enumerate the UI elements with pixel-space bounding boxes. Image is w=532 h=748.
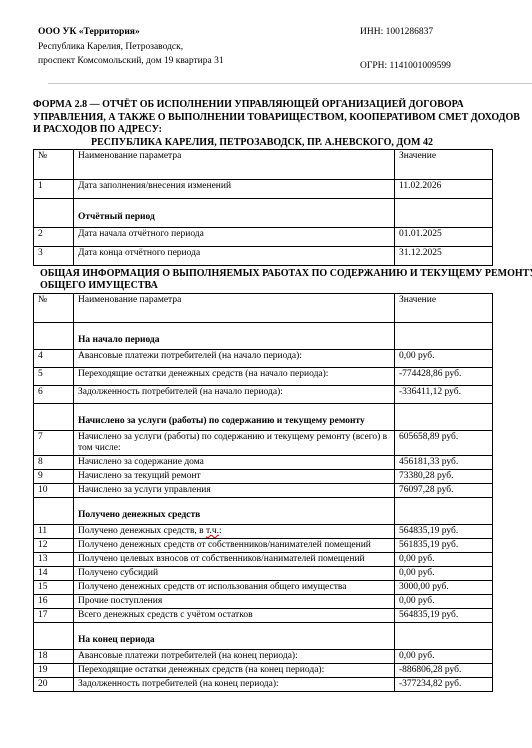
row-number-cell: 13 — [34, 553, 74, 567]
parameter-cell: Задолженность потребителей (на конец пер… — [74, 678, 395, 692]
section-title: ОБЩАЯ ИНФОРМАЦИЯ О ВЫПОЛНЯЕМЫХ РАБОТАХ П… — [40, 268, 502, 292]
parameter-text: Получено денежных средств, в — [78, 526, 206, 536]
value-cell: -774428,86 руб. — [395, 368, 493, 386]
parameter-cell: Отчётный период — [74, 199, 395, 228]
parameter-cell: Задолженность потребителей (на начало пе… — [74, 386, 395, 404]
form-title-text: ФОРМА 2.8 — ОТЧЁТ ОБ ИСПОЛНЕНИИ УПРАВЛЯЮ… — [33, 99, 511, 137]
letterhead: ООО УК «Территория» Республика Карелия, … — [0, 0, 532, 73]
table-row: 4Авансовые платежи потребителей (на нача… — [34, 350, 493, 368]
row-number-cell: 1 — [34, 180, 74, 199]
parameter-cell: Дата конца отчётного периода — [74, 247, 395, 266]
value-cell — [395, 498, 493, 525]
parameter-cell: Всего денежных средств с учётом остатков — [74, 609, 395, 623]
document-page: ООО УК «Территория» Республика Карелия, … — [0, 0, 532, 748]
form-title: ФОРМА 2.8 — ОТЧЁТ ОБ ИСПОЛНЕНИИ УПРАВЛЯЮ… — [33, 99, 511, 149]
value-cell: -886806,28 руб. — [395, 664, 493, 678]
parameter-cell: Начислено за услуги управления — [74, 484, 395, 498]
parameter-cell: Получено субсидий — [74, 567, 395, 581]
header-divider — [48, 83, 532, 84]
spellcheck-underline: т.ч. — [206, 526, 219, 536]
table-row: 16Прочие поступления0,00 руб. — [34, 595, 493, 609]
table-row: 15Получено денежных средств от использов… — [34, 581, 493, 595]
inn-value: ИНН: 1001286837 — [360, 25, 502, 40]
value-cell — [395, 199, 493, 228]
parameter-cell: Дата заполнения/внесения изменений — [74, 180, 395, 199]
value-cell: 0,00 руб. — [395, 567, 493, 581]
parameter-cell: Получено денежных средств от использован… — [74, 581, 395, 595]
parameter-cell: Получено целевых взносов от собственнико… — [74, 553, 395, 567]
ogrn-value: ОГРН: 1141001009599 — [360, 59, 502, 74]
row-number-cell — [34, 199, 74, 228]
value-cell: 0,00 руб. — [395, 553, 493, 567]
row-number-cell: 18 — [34, 650, 74, 664]
parameter-cell: Переходящие остатки денежных средств (на… — [74, 368, 395, 386]
table-row: 19Переходящие остатки денежных средств (… — [34, 664, 493, 678]
parameter-text: : — [219, 526, 222, 536]
row-number-cell: 3 — [34, 247, 74, 266]
value-cell: 0,00 руб. — [395, 350, 493, 368]
company-address-line2: проспект Комсомольский, дом 19 квартира … — [38, 54, 360, 69]
section-row: Получено денежных средств — [34, 498, 493, 525]
row-number-cell — [34, 498, 74, 525]
row-number-cell: 17 — [34, 609, 74, 623]
value-cell: 3000,00 руб. — [395, 581, 493, 595]
table-row: 6Задолженность потребителей (на начало п… — [34, 386, 493, 404]
finance-table: №Наименование параметраЗначение На начал… — [33, 293, 493, 692]
value-cell: 76097,28 руб. — [395, 484, 493, 498]
header-row: №Наименование параметраЗначение — [34, 294, 493, 323]
table-header: №Наименование параметраЗначение — [34, 294, 493, 323]
value-cell: 11.02.2026 — [395, 180, 493, 199]
value-cell: 73380,28 руб. — [395, 470, 493, 484]
row-number-cell: 15 — [34, 581, 74, 595]
row-number-cell: 7 — [34, 431, 74, 456]
row-number-cell: 10 — [34, 484, 74, 498]
table-row: 5Переходящие остатки денежных средств (н… — [34, 368, 493, 386]
table-row: 1Дата заполнения/внесения изменений11.02… — [34, 180, 493, 199]
row-number-cell: 16 — [34, 595, 74, 609]
section-row: Отчётный период — [34, 199, 493, 228]
value-cell: 605658,89 руб. — [395, 431, 493, 456]
row-number-cell: 19 — [34, 664, 74, 678]
table-row: 3Дата конца отчётного периода31.12.2025 — [34, 247, 493, 266]
company-block: ООО УК «Территория» Республика Карелия, … — [38, 25, 360, 73]
parameter-cell: Начислено за услуги (работы) по содержан… — [74, 431, 395, 456]
value-cell: 01.01.2025 — [395, 228, 493, 247]
column-header: № — [34, 150, 74, 180]
parameter-cell: Получено денежных средств, в т.ч.: — [74, 525, 395, 539]
column-header: Наименование параметра — [74, 294, 395, 323]
row-number-cell: 5 — [34, 368, 74, 386]
table-row: 9Начислено за текущий ремонт73380,28 руб… — [34, 470, 493, 484]
table-row: 14Получено субсидий0,00 руб. — [34, 567, 493, 581]
row-number-cell — [34, 404, 74, 431]
section-row: Начислено за услуги (работы) по содержан… — [34, 404, 493, 431]
parameter-cell: Дата начала отчётного периода — [74, 228, 395, 247]
value-cell: 0,00 руб. — [395, 595, 493, 609]
value-cell: -377234,82 руб. — [395, 678, 493, 692]
report-info-table: №Наименование параметраЗначение 1Дата за… — [33, 149, 493, 266]
value-cell — [395, 323, 493, 350]
value-cell: 564835,19 руб. — [395, 525, 493, 539]
company-address-line1: Республика Карелия, Петрозаводск, — [38, 40, 360, 55]
parameter-cell: Переходящие остатки денежных средств (на… — [74, 664, 395, 678]
parameter-cell: На начало периода — [74, 323, 395, 350]
row-number-cell: 11 — [34, 525, 74, 539]
form-title-address: РЕСПУБЛИКА КАРЕЛИЯ, ПЕТРОЗАВОДСК, ПР. А.… — [33, 137, 491, 150]
value-cell: -336411,12 руб. — [395, 386, 493, 404]
parameter-cell: Прочие поступления — [74, 595, 395, 609]
table-row: 7Начислено за услуги (работы) по содержа… — [34, 431, 493, 456]
table-header: №Наименование параметраЗначение — [34, 150, 493, 180]
table-row: 13Получено целевых взносов от собственни… — [34, 553, 493, 567]
value-cell: 31.12.2025 — [395, 247, 493, 266]
table-row: 20Задолженность потребителей (на конец п… — [34, 678, 493, 692]
parameter-cell: Получено денежных средств — [74, 498, 395, 525]
table-row: 18Авансовые платежи потребителей (на кон… — [34, 650, 493, 664]
table-row: 12Получено денежных средств от собственн… — [34, 539, 493, 553]
table-row: 11Получено денежных средств, в т.ч.:5648… — [34, 525, 493, 539]
column-header: Значение — [395, 294, 493, 323]
parameter-cell: Авансовые платежи потребителей (на начал… — [74, 350, 395, 368]
row-number-cell: 14 — [34, 567, 74, 581]
value-cell — [395, 623, 493, 650]
section-row: На конец периода — [34, 623, 493, 650]
company-name: ООО УК «Территория» — [38, 25, 360, 40]
row-number-cell: 20 — [34, 678, 74, 692]
value-cell — [395, 404, 493, 431]
value-cell: 456181,33 руб. — [395, 456, 493, 470]
parameter-cell: Авансовые платежи потребителей (на конец… — [74, 650, 395, 664]
table-row: 2Дата начала отчётного периода01.01.2025 — [34, 228, 493, 247]
parameter-cell: Начислено за текущий ремонт — [74, 470, 395, 484]
table-row: 17Всего денежных средств с учётом остатк… — [34, 609, 493, 623]
row-number-cell: 12 — [34, 539, 74, 553]
registration-block: ИНН: 1001286837 ОГРН: 1141001009599 — [360, 25, 502, 73]
row-number-cell: 8 — [34, 456, 74, 470]
row-number-cell: 4 — [34, 350, 74, 368]
value-cell: 0,00 руб. — [395, 650, 493, 664]
value-cell: 564835,19 руб. — [395, 609, 493, 623]
table-row: 10Начислено за услуги управления76097,28… — [34, 484, 493, 498]
row-number-cell — [34, 623, 74, 650]
parameter-cell: Начислено за содержание дома — [74, 456, 395, 470]
parameter-cell: На конец периода — [74, 623, 395, 650]
section-row: На начало периода — [34, 323, 493, 350]
column-header: Наименование параметра — [74, 150, 395, 180]
value-cell: 561835,19 руб. — [395, 539, 493, 553]
column-header: Значение — [395, 150, 493, 180]
row-number-cell: 9 — [34, 470, 74, 484]
table-row: 8Начислено за содержание дома456181,33 р… — [34, 456, 493, 470]
row-number-cell: 6 — [34, 386, 74, 404]
parameter-cell: Получено денежных средств от собственник… — [74, 539, 395, 553]
column-header: № — [34, 294, 74, 323]
header-row: №Наименование параметраЗначение — [34, 150, 493, 180]
row-number-cell — [34, 323, 74, 350]
parameter-cell: Начислено за услуги (работы) по содержан… — [74, 404, 395, 431]
row-number-cell: 2 — [34, 228, 74, 247]
